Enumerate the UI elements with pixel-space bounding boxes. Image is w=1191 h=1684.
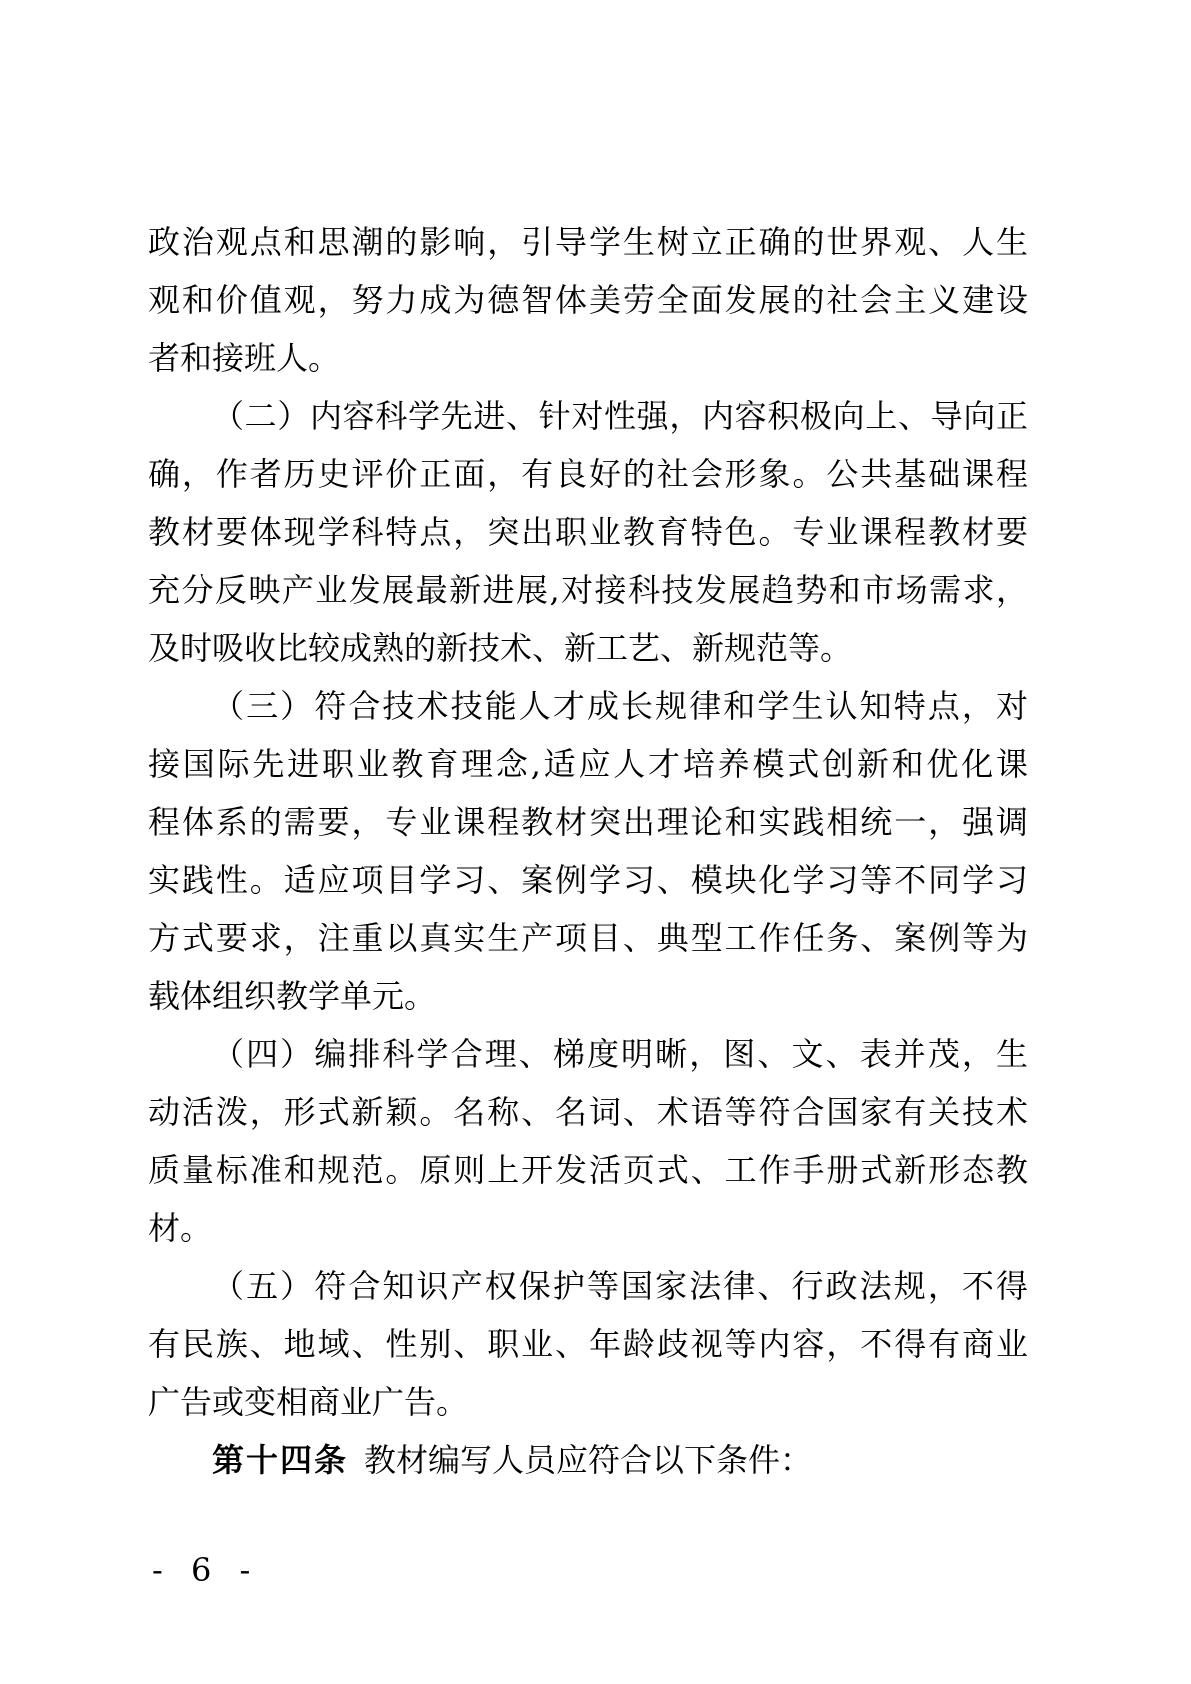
text-line: 者和接班人。 — [148, 329, 1028, 387]
text-line-paragraph-start: （五）符合知识产权保护等国家法律、行政法规，不得 — [148, 1257, 1028, 1315]
article-body-text: 教材编写人员应符合以下条件： — [364, 1441, 812, 1479]
text-line-paragraph-start: （二）内容科学先进、针对性强，内容积极向上、导向正 — [148, 387, 1028, 445]
text-line-article-14: 第十四条教材编写人员应符合以下条件： — [148, 1431, 1028, 1489]
document-page: 政治观点和思潮的影响，引导学生树立正确的世界观、人生 观和价值观，努力成为德智体… — [0, 0, 1191, 1684]
text-line: 方式要求，注重以真实生产项目、典型工作任务、案例等为 — [148, 909, 1028, 967]
text-line: 实践性。适应项目学习、案例学习、模块化学习等不同学习 — [148, 851, 1028, 909]
text-line: 充分反映产业发展最新进展,对接科技发展趋势和市场需求， — [148, 561, 1028, 619]
page-number: - 6 - — [152, 1550, 259, 1590]
text-line: 广告或变相商业广告。 — [148, 1373, 1028, 1431]
text-line: 接国际先进职业教育理念,适应人才培养模式创新和优化课 — [148, 735, 1028, 793]
text-line: 政治观点和思潮的影响，引导学生树立正确的世界观、人生 — [148, 213, 1028, 271]
text-line: 确，作者历史评价正面，有良好的社会形象。公共基础课程 — [148, 445, 1028, 503]
text-line: 动活泼，形式新颖。名称、名词、术语等符合国家有关技术 — [148, 1083, 1028, 1141]
text-line-paragraph-start: （三）符合技术技能人才成长规律和学生认知特点，对 — [148, 677, 1028, 735]
text-line-paragraph-start: （四）编排科学合理、梯度明晰，图、文、表并茂，生 — [148, 1025, 1028, 1083]
text-line: 有民族、地域、性别、职业、年龄歧视等内容，不得有商业 — [148, 1315, 1028, 1373]
text-line: 材。 — [148, 1199, 1028, 1257]
text-line: 程体系的需要，专业课程教材突出理论和实践相统一，强调 — [148, 793, 1028, 851]
text-line: 教材要体现学科特点，突出职业教育特色。专业课程教材要 — [148, 503, 1028, 561]
text-line: 质量标准和规范。原则上开发活页式、工作手册式新形态教 — [148, 1141, 1028, 1199]
article-number-heading: 第十四条 — [212, 1441, 348, 1479]
text-line: 载体组织教学单元。 — [148, 967, 1028, 1025]
text-block: 政治观点和思潮的影响，引导学生树立正确的世界观、人生 观和价值观，努力成为德智体… — [148, 213, 1028, 1489]
text-line: 观和价值观，努力成为德智体美劳全面发展的社会主义建设 — [148, 271, 1028, 329]
text-line: 及时吸收比较成熟的新技术、新工艺、新规范等。 — [148, 619, 1028, 677]
